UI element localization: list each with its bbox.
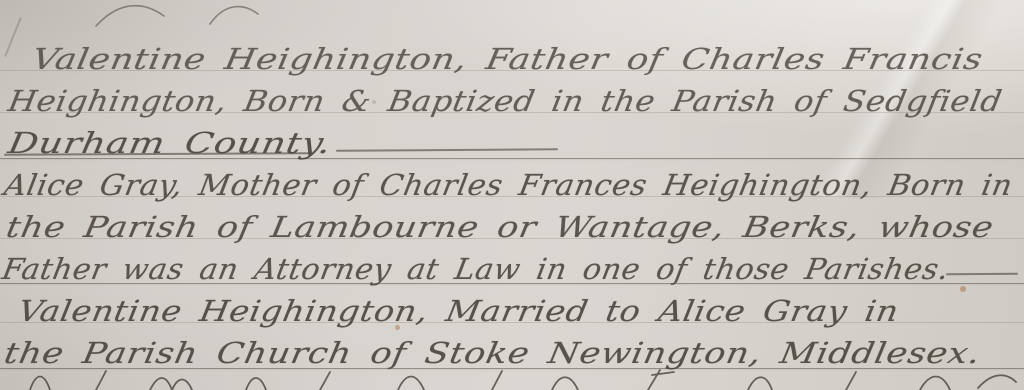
clipped-flourish-fragment: [90, 0, 290, 28]
handwritten-line-8: the Parish Church of Stoke Newington, Mi…: [2, 339, 983, 368]
handwritten-line-1: Valentine Heighington, Father of Charles…: [30, 45, 985, 74]
handwritten-line-5: the Parish of Lambourne or Wantage, Berk…: [4, 213, 996, 242]
handwritten-line-4: Alice Gray, Mother of Charles Frances He…: [2, 171, 1015, 200]
handwritten-line-7: Valentine Heighington, Married to Alice …: [16, 297, 901, 326]
manuscript-page: Valentine Heighington, Father of Charles…: [0, 0, 1024, 390]
foxing-speck: [395, 325, 400, 330]
handwritten-line-2: Heighington, Born & Baptized in the Pari…: [6, 87, 1004, 116]
foxing-speck: [960, 286, 966, 292]
clipped-handwriting-fragment: [0, 368, 1024, 390]
trailing-dash: [946, 273, 1018, 276]
handwritten-line-6: Father was an Attorney at Law in one of …: [0, 255, 951, 284]
foxing-speck: [372, 100, 376, 104]
trailing-dash: [336, 148, 558, 152]
margin-pen-mark: [4, 17, 22, 57]
